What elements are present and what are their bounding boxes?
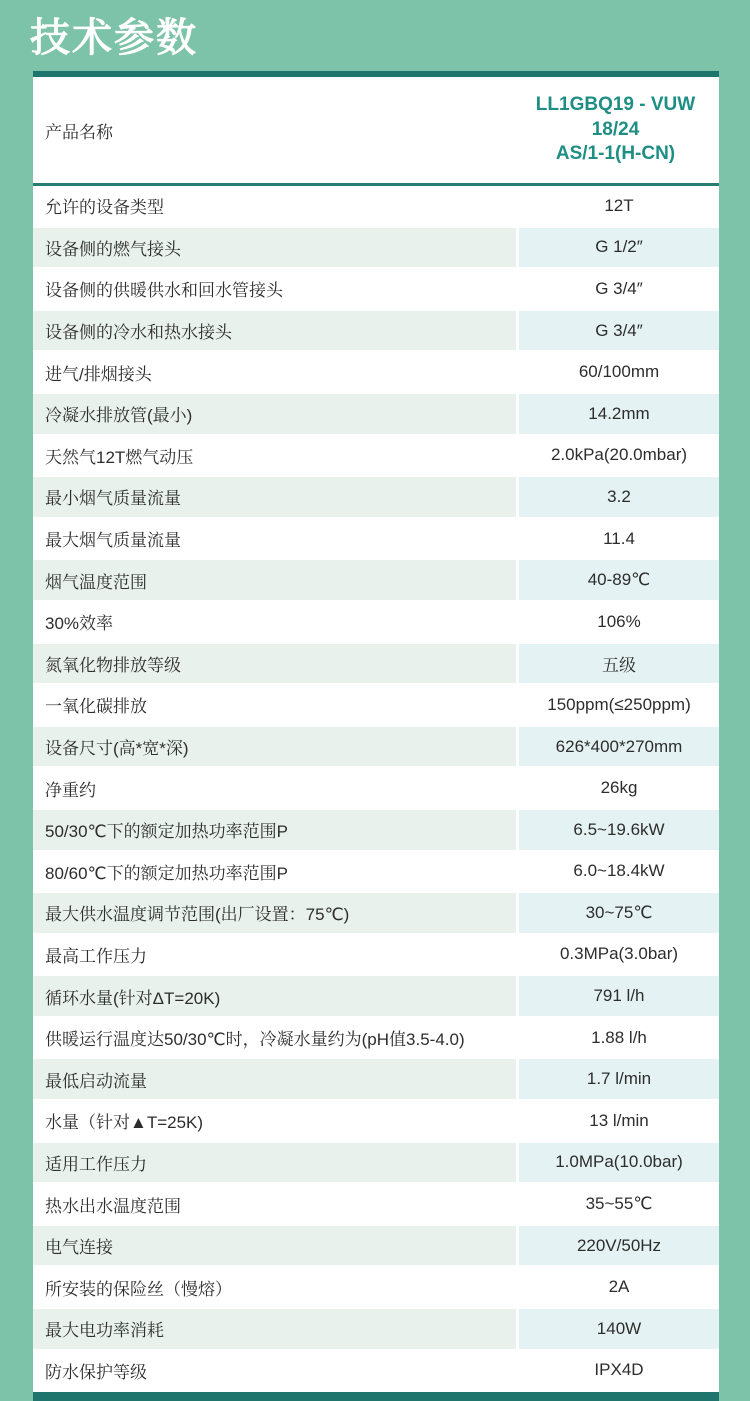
spec-value: 220V/50Hz (519, 1226, 719, 1266)
table-row: 水量（针对▲T=25K) 13 l/min (33, 1101, 719, 1143)
table-row: 允许的设备类型 12T (33, 186, 719, 228)
product-name-label: 产品名称 (33, 118, 516, 143)
spec-value: G 1/2″ (519, 228, 719, 268)
table-row: 净重约 26kg (33, 768, 719, 810)
spec-value: 140W (519, 1309, 719, 1349)
spec-value: 11.4 (519, 519, 719, 559)
spec-value: 2A (519, 1267, 719, 1307)
table-row: 最大电功率消耗 140W (33, 1309, 719, 1351)
spec-value: 6.5~19.6kW (519, 810, 719, 850)
table-row: 最大供水温度调节范围(出厂设置：75℃) 30~75℃ (33, 893, 719, 935)
table-row: 电气连接 220V/50Hz (33, 1226, 719, 1268)
spec-value: 14.2mm (519, 394, 719, 434)
spec-table: 产品名称 LL1GBQ19 - VUW 18/24 AS/1-1(H-CN) 允… (33, 71, 719, 1401)
spec-label: 防水保护等级 (33, 1351, 519, 1391)
spec-label: 50/30℃下的额定加热功率范围P (33, 810, 519, 850)
spec-label: 最大供水温度调节范围(出厂设置：75℃) (33, 893, 519, 933)
spec-label: 设备侧的供暖供水和回水管接头 (33, 269, 519, 309)
spec-value: 0.3MPa(3.0bar) (519, 935, 719, 975)
spec-value: 6.0~18.4kW (519, 852, 719, 892)
spec-value: G 3/4″ (519, 311, 719, 351)
table-row: 最大烟气质量流量 11.4 (33, 519, 719, 561)
spec-label: 80/60℃下的额定加热功率范围P (33, 852, 519, 892)
product-name-row: 产品名称 LL1GBQ19 - VUW 18/24 AS/1-1(H-CN) (33, 77, 719, 183)
spec-value: 40-89℃ (519, 560, 719, 600)
table-row: 所安装的保险丝（慢熔） 2A (33, 1267, 719, 1309)
table-row: 进气/排烟接头 60/100mm (33, 352, 719, 394)
spec-value: 1.7 l/min (519, 1059, 719, 1099)
product-name-value-line1: LL1GBQ19 - VUW 18/24 (516, 93, 715, 142)
spec-label: 最小烟气质量流量 (33, 477, 519, 517)
table-row: 最高工作压力 0.3MPa(3.0bar) (33, 935, 719, 977)
spec-value: 150ppm(≤250ppm) (519, 685, 719, 725)
spec-value: 626*400*270mm (519, 727, 719, 767)
table-row: 80/60℃下的额定加热功率范围P 6.0~18.4kW (33, 852, 719, 894)
spec-value: 1.88 l/h (519, 1018, 719, 1058)
spec-label: 设备侧的冷水和热水接头 (33, 311, 519, 351)
spec-value: 106% (519, 602, 719, 642)
spec-label: 30%效率 (33, 602, 519, 642)
spec-label: 允许的设备类型 (33, 186, 519, 226)
table-row: 防水保护等级 IPX4D (33, 1351, 719, 1393)
product-name-value: LL1GBQ19 - VUW 18/24 AS/1-1(H-CN) (516, 93, 719, 167)
spec-value: 26kg (519, 768, 719, 808)
table-row: 烟气温度范围 40-89℃ (33, 560, 719, 602)
spec-value: 60/100mm (519, 352, 719, 392)
table-row: 最小烟气质量流量 3.2 (33, 477, 719, 519)
spec-label: 冷凝水排放管(最小) (33, 394, 519, 434)
table-row: 氮氧化物排放等级 五级 (33, 644, 719, 686)
table-row: 热水出水温度范围 35~55℃ (33, 1184, 719, 1226)
spec-label: 设备尺寸(高*宽*深) (33, 727, 519, 767)
spec-label: 水量（针对▲T=25K) (33, 1101, 519, 1141)
table-bottom-border (33, 1392, 719, 1401)
spec-label: 循环水量(针对ΔT=20K) (33, 976, 519, 1016)
spec-value: 1.0MPa(10.0bar) (519, 1143, 719, 1183)
spec-value: 13 l/min (519, 1101, 719, 1141)
spec-label: 烟气温度范围 (33, 560, 519, 600)
page-title: 技术参数 (30, 6, 198, 63)
spec-label: 氮氧化物排放等级 (33, 644, 519, 684)
spec-value: 12T (519, 186, 719, 226)
spec-label: 所安装的保险丝（慢熔） (33, 1267, 519, 1307)
spec-label: 净重约 (33, 768, 519, 808)
spec-label: 热水出水温度范围 (33, 1184, 519, 1224)
spec-value: 30~75℃ (519, 893, 719, 933)
spec-label: 设备侧的燃气接头 (33, 228, 519, 268)
spec-value: 2.0kPa(20.0mbar) (519, 436, 719, 476)
spec-value: 791 l/h (519, 976, 719, 1016)
table-row: 设备侧的供暖供水和回水管接头 G 3/4″ (33, 269, 719, 311)
product-name-value-line2: AS/1-1(H-CN) (516, 142, 715, 167)
table-row: 设备侧的燃气接头 G 1/2″ (33, 228, 719, 270)
table-row: 30%效率 106% (33, 602, 719, 644)
spec-label: 最大电功率消耗 (33, 1309, 519, 1349)
spec-value: IPX4D (519, 1351, 719, 1391)
spec-label: 适用工作压力 (33, 1143, 519, 1183)
spec-value: G 3/4″ (519, 269, 719, 309)
spec-label: 天然气12T燃气动压 (33, 436, 519, 476)
table-row: 设备侧的冷水和热水接头 G 3/4″ (33, 311, 719, 353)
spec-rows: 允许的设备类型 12T 设备侧的燃气接头 G 1/2″ 设备侧的供暖供水和回水管… (33, 186, 719, 1392)
table-row: 循环水量(针对ΔT=20K) 791 l/h (33, 976, 719, 1018)
spec-label: 一氧化碳排放 (33, 685, 519, 725)
table-row: 最低启动流量 1.7 l/min (33, 1059, 719, 1101)
spec-label: 进气/排烟接头 (33, 352, 519, 392)
table-row: 50/30℃下的额定加热功率范围P 6.5~19.6kW (33, 810, 719, 852)
table-row: 设备尺寸(高*宽*深) 626*400*270mm (33, 727, 719, 769)
spec-label: 供暖运行温度达50/30℃时，冷凝水量约为(pH值3.5-4.0) (33, 1018, 519, 1058)
table-row: 冷凝水排放管(最小) 14.2mm (33, 394, 719, 436)
table-row: 天然气12T燃气动压 2.0kPa(20.0mbar) (33, 436, 719, 478)
spec-value: 3.2 (519, 477, 719, 517)
spec-label: 最大烟气质量流量 (33, 519, 519, 559)
spec-label: 最高工作压力 (33, 935, 519, 975)
table-row: 一氧化碳排放 150ppm(≤250ppm) (33, 685, 719, 727)
table-row: 适用工作压力 1.0MPa(10.0bar) (33, 1143, 719, 1185)
spec-value: 五级 (519, 644, 719, 684)
spec-label: 电气连接 (33, 1226, 519, 1266)
spec-value: 35~55℃ (519, 1184, 719, 1224)
spec-label: 最低启动流量 (33, 1059, 519, 1099)
table-row: 供暖运行温度达50/30℃时，冷凝水量约为(pH值3.5-4.0) 1.88 l… (33, 1018, 719, 1060)
